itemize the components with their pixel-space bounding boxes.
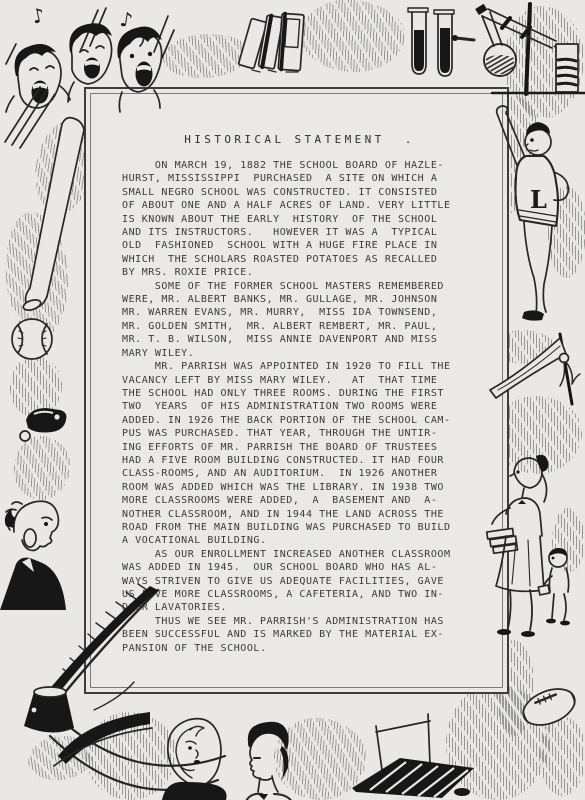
statement-line: PUS WAS PURCHASED. THAT YEAR, THROUGH TH… [122,427,477,440]
title-period: . [385,133,415,146]
crowd-swoosh-illustration [52,706,157,768]
statement-line: MR. PARRISH WAS APPOINTED IN 1920 TO FIL… [122,360,477,373]
statement-line: WHICH THE SCHOLARS ROASTED POTATOES AS R… [122,253,477,266]
letterman-student-illustration: L [486,98,585,338]
students-walking-illustration [486,448,585,644]
statement-line: ROAD FROM THE MAIN BUILDING WAS PURCHASE… [122,521,477,534]
statement-line: MR. GOLDEN SMITH, MR. ALBERT REMBERT, MR… [122,320,477,333]
football-illustration [512,678,585,736]
statement-line: OF ABOUT ONE AND A HALF ACRES OF LAND. V… [122,199,477,212]
hatch-texture [299,0,407,75]
football-field-illustration [342,712,482,800]
statement-line: HAD A FIVE ROOM BUILDING CONSTRUCTED. IT… [122,454,477,467]
statement-line: CLASS-ROOMS, AND AN AUDITORIUM. IN 1926 … [122,467,477,480]
statement-line: WERE, MR. ALBERT BANKS, MR. GULLAGE, MR.… [122,293,477,306]
baseball-bat-illustration [8,112,100,324]
statement-line: WAS ADDED IN 1945. OUR SCHOOL BOARD WHO … [122,561,477,574]
statement-line: NOTHER CLASSROOM, AND IN 1944 THE LAND A… [122,508,477,521]
statement-line: ADDED. IN 1926 THE BACK PORTION OF THE S… [122,414,477,427]
whistle-illustration [12,400,74,448]
statement-line: ROOM WAS ADDED WHICH WAS THE LIBRARY. IN… [122,481,477,494]
pennant-flag-illustration [486,328,585,412]
statement-line: ON MARCH 19, 1882 THE SCHOOL BOARD OF HA… [122,159,477,172]
statement-line: MARY WILEY. [122,347,477,360]
statement-line: SOME OF THE FORMER SCHOOL MASTERS REMEMB… [122,280,477,293]
page-title: HISTORICAL STATEMENT. [122,133,477,146]
statement-line: TWO YEARS OF HIS ADMINISTRATION TWO ROOM… [122,400,477,413]
statement-line: SMALL NEGRO SCHOOL WAS CONSTRUCTED. IT C… [122,186,477,199]
books-stack-illustration [236,6,306,78]
statement-line: HURST, MISSISSIPPI PURCHASED A SITE ON W… [122,172,477,185]
spectator-faces-illustration [152,710,307,800]
statement-line: AND ITS INSTRUCTORS. HOWEVER IT WAS A TY… [122,226,477,239]
statement-line: MR. T. B. WILSON, MISS ANNIE DAVENPORT A… [122,333,477,346]
statement-line: MORE CLASSROOMS WERE ADDED, A BASEMENT A… [122,494,477,507]
statement-line: MR. WARREN EVANS, MR. MURRY, MISS IDA TO… [122,306,477,319]
statement-line: A VOCATIONAL BUILDING. [122,534,477,547]
statement-line: IS KNOWN ABOUT THE EARLY HISTORY OF THE … [122,213,477,226]
statement-line: BY MRS. ROXIE PRICE. [122,266,477,279]
statement-line: OLD FASHIONED SCHOOL WITH A HUGE FIRE PL… [122,239,477,252]
statement-line: ING EFFORTS OF MR. PARRISH THE BOARD OF … [122,441,477,454]
baseball-illustration [6,314,60,364]
statement-line: THE SCHOOL HAD ONLY THREE ROOMS. DURING … [122,387,477,400]
statement-line: AS OUR ENROLLMENT INCREASED ANOTHER CLAS… [122,548,477,561]
letterman-letter: L [530,185,547,214]
statement-line: VACANCY LEFT BY MISS MARY WILEY. AT THAT… [122,374,477,387]
chemistry-apparatus-illustration [452,0,585,100]
yearbook-page: HISTORICAL STATEMENT. ON MARCH 19, 1882 … [0,0,585,800]
